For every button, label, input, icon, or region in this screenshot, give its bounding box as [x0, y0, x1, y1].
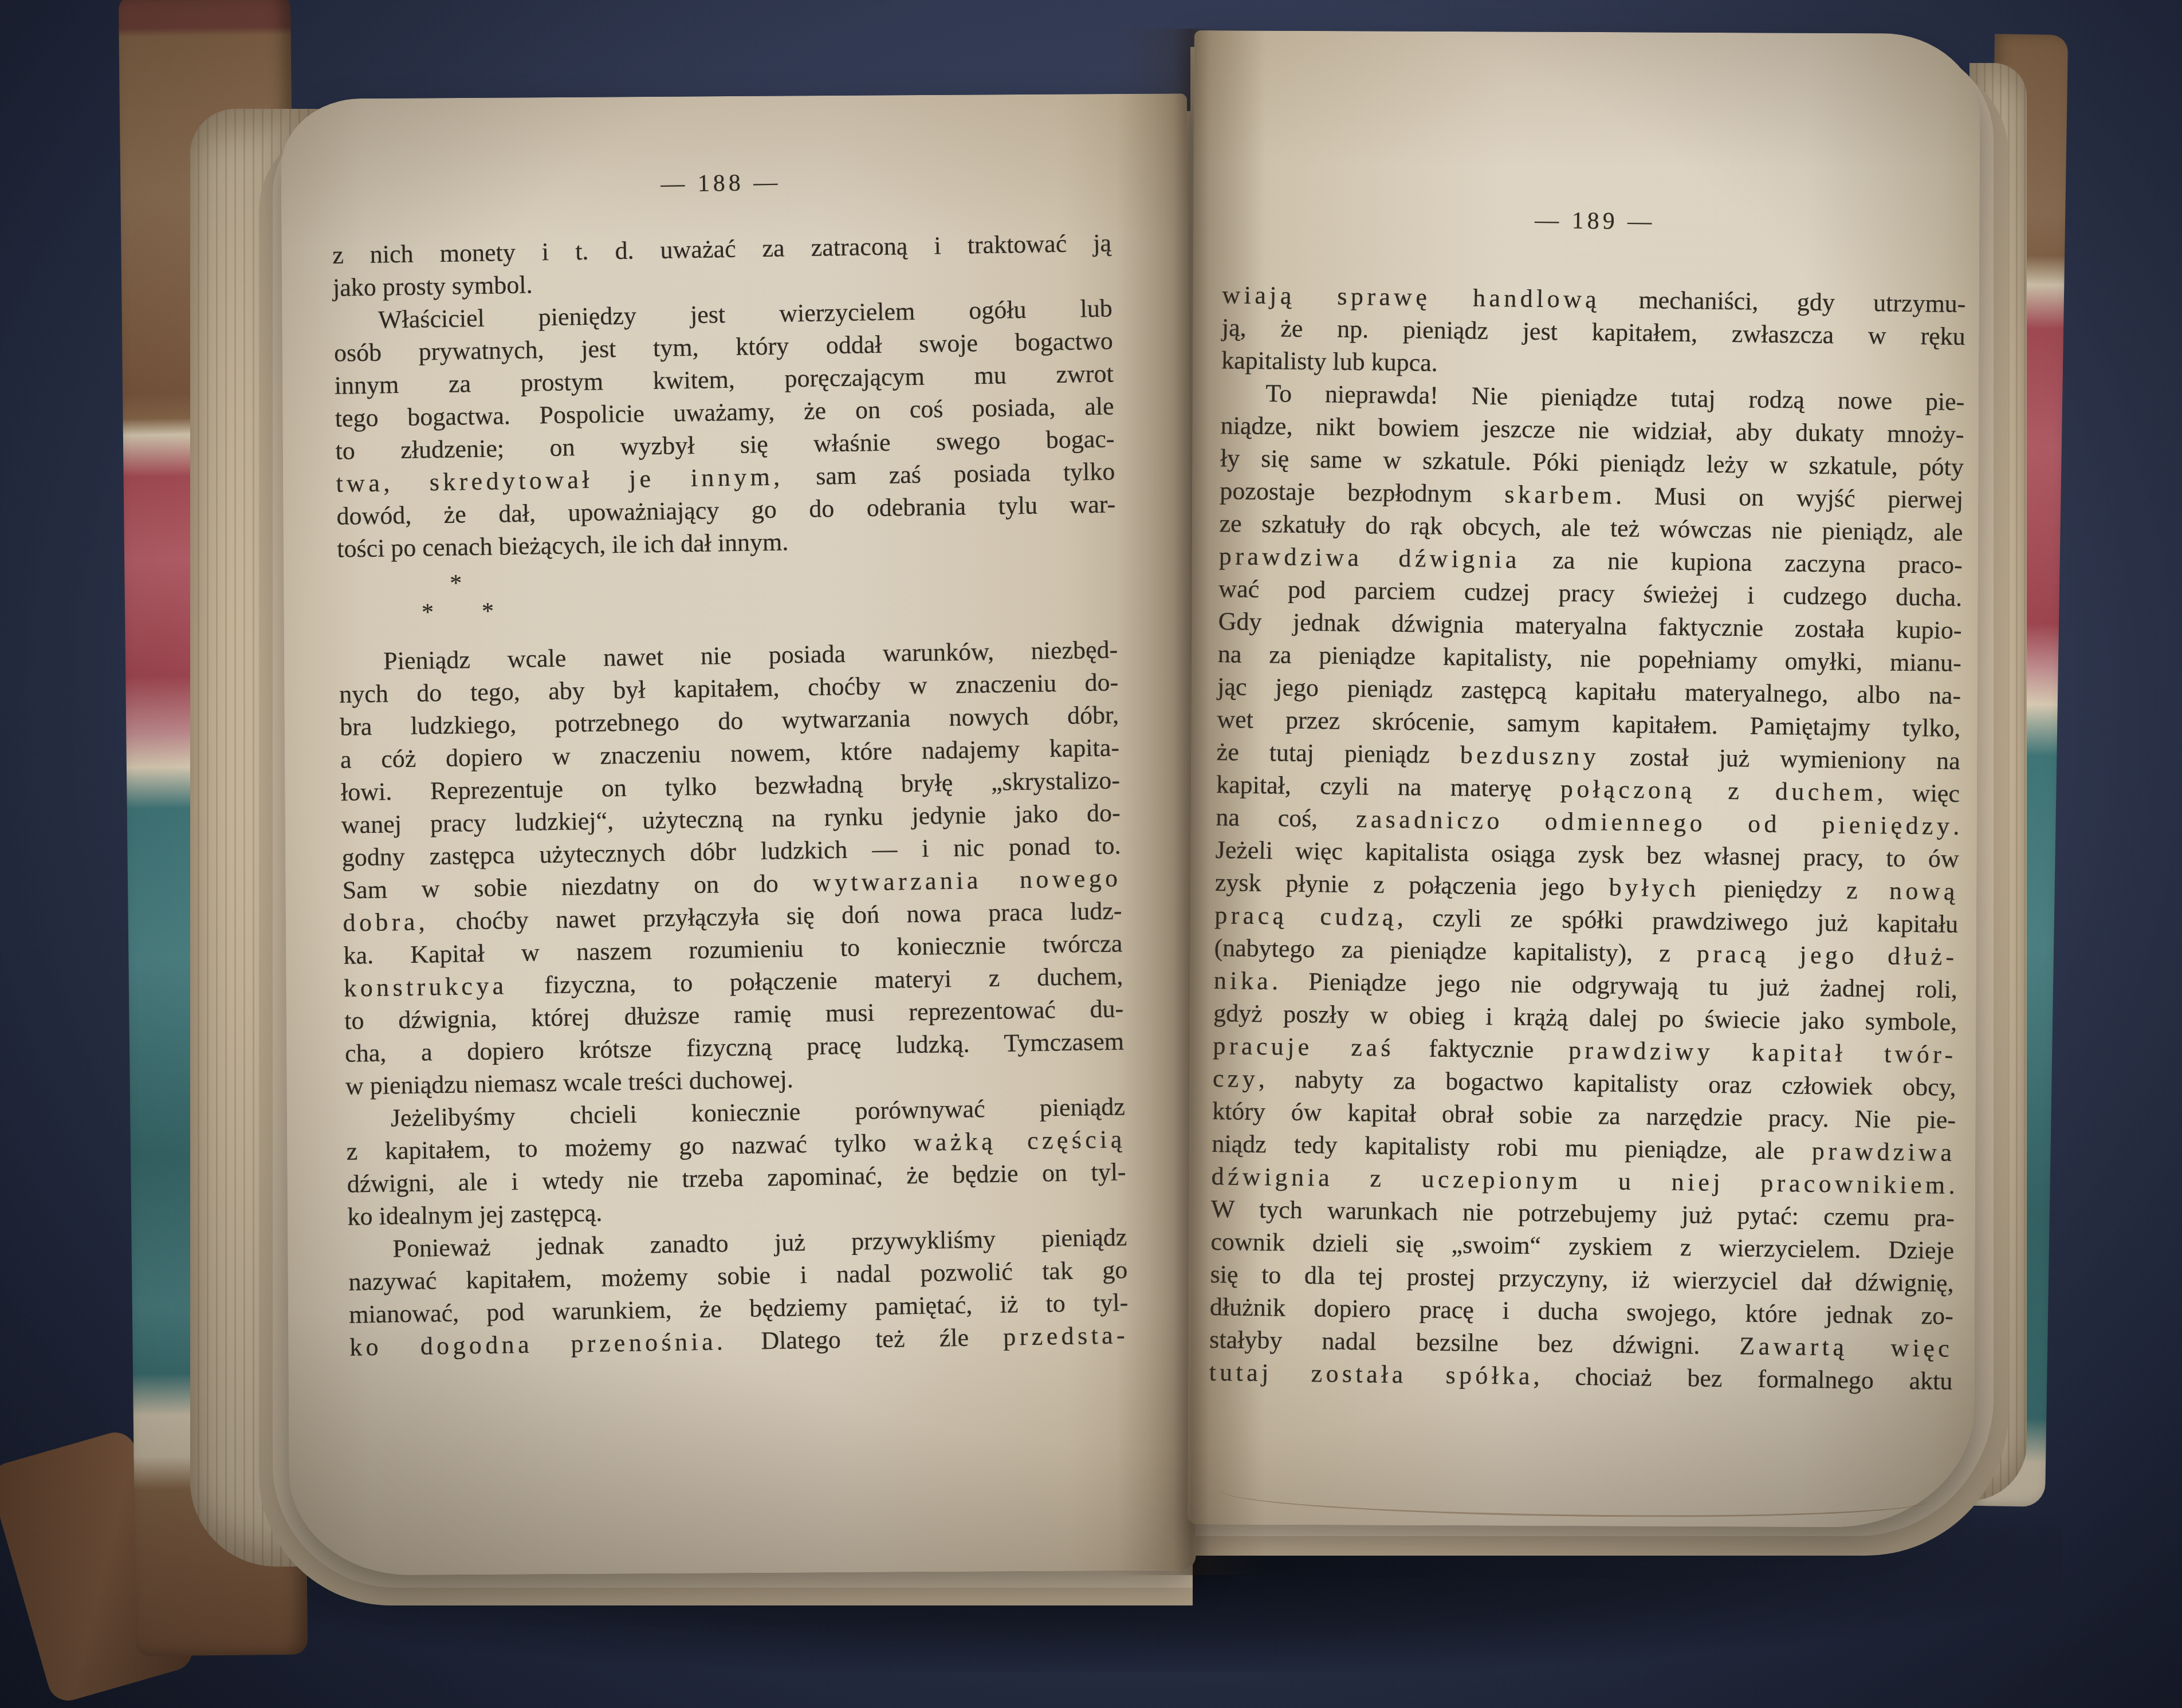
right-page: — 189 — wiają sprawę handlową mechaniści…	[1188, 30, 1980, 1528]
right-page-body: wiają sprawę handlową mechaniści, gdy ut…	[1209, 278, 1966, 1398]
page-number-header-right: — 189 —	[1223, 199, 1967, 250]
right-page-text: — 189 — wiają sprawę handlową mechaniści…	[1209, 199, 1967, 1398]
photo-background: — 188 — z nich monety i t. d. uważać za …	[0, 0, 2182, 1708]
left-page-text: — 188 — z nich monety i t. d. uważać za …	[331, 160, 1129, 1364]
page-bottom-sheet-edge	[1219, 1473, 1927, 1518]
page-number-header-left: — 188 —	[331, 160, 1111, 214]
left-page: — 188 — z nich monety i t. d. uważać za …	[281, 93, 1196, 1576]
left-page-body: z nich monety i t. d. uważać za zatracon…	[332, 227, 1129, 1364]
